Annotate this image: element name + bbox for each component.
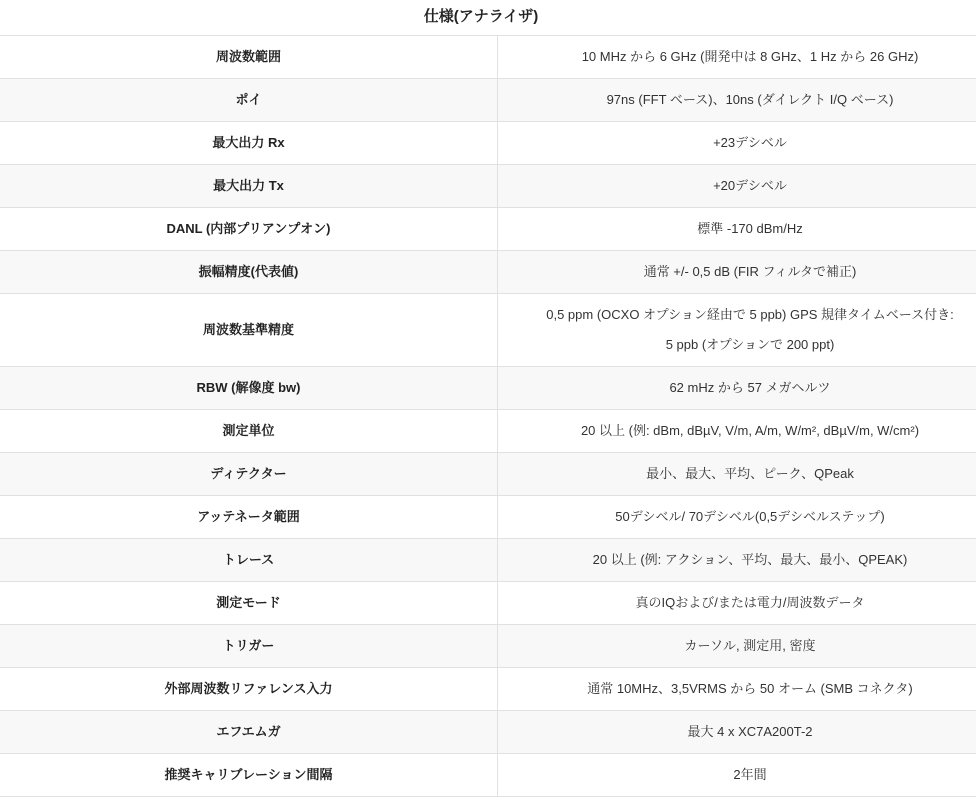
table-row: 周波数範囲 10 MHz から 6 GHz (開発中は 8 GHz、1 Hz か… <box>0 36 976 79</box>
row-value: 通常 +/- 0,5 dB (FIR フィルタで補正) <box>498 251 976 294</box>
row-label: 推奨キャリブレーション間隔 <box>0 754 498 797</box>
row-label: 最大出力 Rx <box>0 122 498 165</box>
table-row: 周波数基準精度 0,5 ppm (OCXO オプション経由で 5 ppb) GP… <box>0 294 976 367</box>
row-label: トリガー <box>0 625 498 668</box>
row-label: 測定モード <box>0 582 498 625</box>
row-label: 周波数範囲 <box>0 36 498 79</box>
table-row: 測定単位 20 以上 (例: dBm, dBµV, V/m, A/m, W/m²… <box>0 410 976 453</box>
row-label: 測定単位 <box>0 410 498 453</box>
row-label: 振幅精度(代表値) <box>0 251 498 294</box>
table-row: アッテネータ範囲 50デシベル/ 70デシベル(0,5デシベルステップ) <box>0 496 976 539</box>
table-row: トリガー カーソル, 測定用, 密度 <box>0 625 976 668</box>
table-row: トレース 20 以上 (例: アクション、平均、最大、最小、QPEAK) <box>0 539 976 582</box>
row-label: アッテネータ範囲 <box>0 496 498 539</box>
table-row: 推奨キャリブレーション間隔 2年間 <box>0 754 976 797</box>
row-value: 真のIQおよび/または電力/周波数データ <box>498 582 976 625</box>
row-value-line2: 5 ppb (オプションで 200 ppt) <box>508 336 976 354</box>
row-value: 通常 10MHz、3,5VRMS から 50 オーム (SMB コネクタ) <box>498 668 976 711</box>
row-label: RBW (解像度 bw) <box>0 367 498 410</box>
table-row: 測定モード 真のIQおよび/または電力/周波数データ <box>0 582 976 625</box>
row-value: 標準 -170 dBm/Hz <box>498 208 976 251</box>
page-title: 仕様(アナライザ) <box>0 0 962 35</box>
table-row: エフエムガ 最大 4 x XC7A200T-2 <box>0 711 976 754</box>
row-label: 外部周波数リファレンス入力 <box>0 668 498 711</box>
row-value-line1: 0,5 ppm (OCXO オプション経由で 5 ppb) GPS 規律タイムベ… <box>508 306 976 324</box>
table-row: DANL (内部プリアンプオン) 標準 -170 dBm/Hz <box>0 208 976 251</box>
row-value: カーソル, 測定用, 密度 <box>498 625 976 668</box>
table-row: 振幅精度(代表値) 通常 +/- 0,5 dB (FIR フィルタで補正) <box>0 251 976 294</box>
row-value: 10 MHz から 6 GHz (開発中は 8 GHz、1 Hz から 26 G… <box>498 36 976 79</box>
table-row: ポイ 97ns (FFT ベース)、10ns (ダイレクト I/Q ベース) <box>0 79 976 122</box>
row-label: 最大出力 Tx <box>0 165 498 208</box>
table-row: 最大出力 Tx +20デシベル <box>0 165 976 208</box>
row-value: 最小、最大、平均、ピーク、QPeak <box>498 453 976 496</box>
row-value: 97ns (FFT ベース)、10ns (ダイレクト I/Q ベース) <box>498 79 976 122</box>
row-value: +20デシベル <box>498 165 976 208</box>
row-label: 周波数基準精度 <box>0 294 498 367</box>
row-label: トレース <box>0 539 498 582</box>
row-value: 最大 4 x XC7A200T-2 <box>498 711 976 754</box>
row-value: 2年間 <box>498 754 976 797</box>
row-value: 62 mHz から 57 メガヘルツ <box>498 367 976 410</box>
row-label: ポイ <box>0 79 498 122</box>
spec-page: 仕様(アナライザ) 周波数範囲 10 MHz から 6 GHz (開発中は 8 … <box>0 0 976 808</box>
row-value: 50デシベル/ 70デシベル(0,5デシベルステップ) <box>498 496 976 539</box>
row-value: 20 以上 (例: dBm, dBµV, V/m, A/m, W/m², dBµ… <box>498 410 976 453</box>
table-row: RBW (解像度 bw) 62 mHz から 57 メガヘルツ <box>0 367 976 410</box>
row-value: 20 以上 (例: アクション、平均、最大、最小、QPEAK) <box>498 539 976 582</box>
row-value: +23デシベル <box>498 122 976 165</box>
row-label: DANL (内部プリアンプオン) <box>0 208 498 251</box>
row-label: エフエムガ <box>0 711 498 754</box>
table-row: ディテクター 最小、最大、平均、ピーク、QPeak <box>0 453 976 496</box>
table-row: 最大出力 Rx +23デシベル <box>0 122 976 165</box>
row-value: 0,5 ppm (OCXO オプション経由で 5 ppb) GPS 規律タイムベ… <box>498 294 976 367</box>
spec-table: 周波数範囲 10 MHz から 6 GHz (開発中は 8 GHz、1 Hz か… <box>0 35 976 797</box>
row-label: ディテクター <box>0 453 498 496</box>
table-row: 外部周波数リファレンス入力 通常 10MHz、3,5VRMS から 50 オーム… <box>0 668 976 711</box>
